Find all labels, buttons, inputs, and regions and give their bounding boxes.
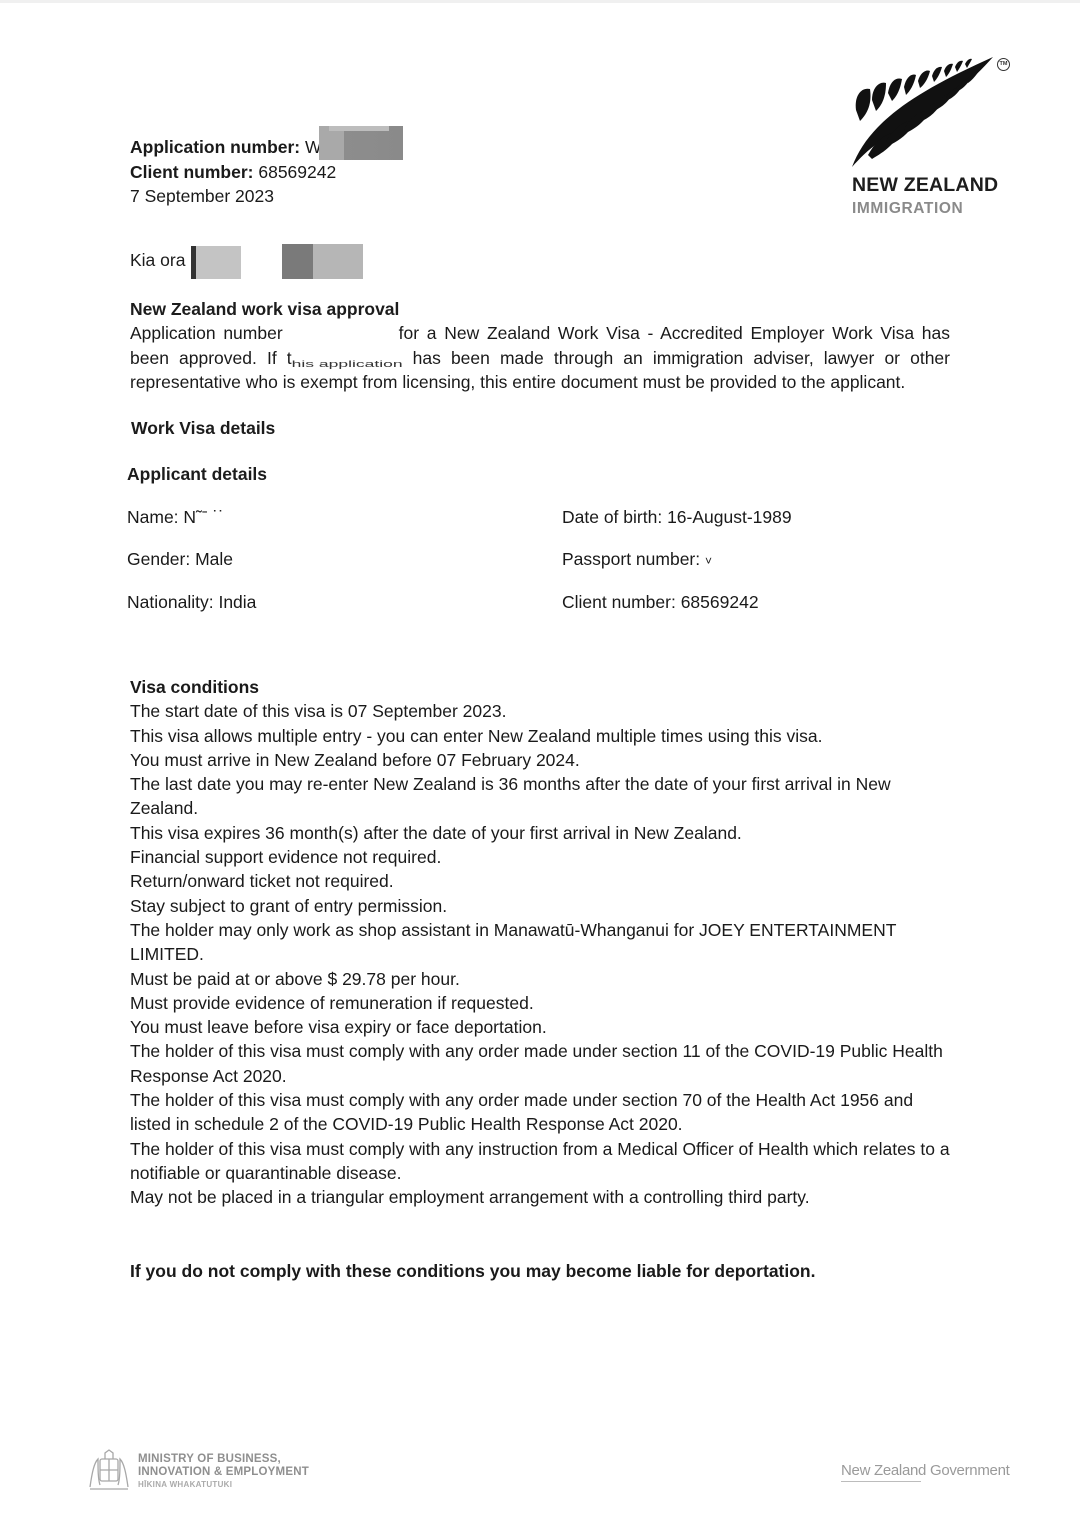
approval-paragraph: Application numberfor a New Zealand Work… [130,321,950,346]
visa-condition-item: The holder of this visa must comply with… [130,1088,950,1137]
deportation-warning: If you do not comply with these conditio… [130,1259,815,1283]
visa-condition-item: Financial support evidence not required. [130,845,950,869]
visa-condition-item: May not be placed in a triangular employ… [130,1185,950,1209]
approval-line3: representative who is exempt from licens… [130,370,950,395]
client-number-detail-value: 68569242 [681,592,759,612]
approval-line2-end: has been made through an immigration adv… [403,348,950,368]
approval-title: New Zealand work visa approval [130,297,950,321]
visa-condition-item: Return/onward ticket not required. [130,869,950,893]
mbie-line3: HĪKINA WHAKATUTUKI [138,1480,232,1489]
visa-condition-item: The last date you may re-enter New Zeala… [130,772,950,821]
logo-subtitle: IMMIGRATION [852,200,963,218]
applicant-passport: Passport number: ˅ [562,548,712,572]
application-number-row: Application number: W [130,135,336,160]
applicant-name: Name: N˜ˉ ˙˙ [127,506,224,528]
name-label: Name: [127,507,179,527]
redaction-first-name [191,246,241,279]
visa-conditions-list: The start date of this visa is 07 Septem… [130,699,950,1209]
mbie-line1: MINISTRY OF BUSINESS, [138,1453,281,1465]
visa-condition-item: This visa expires 36 month(s) after the … [130,821,950,845]
dob-label: Date of birth: [562,507,662,527]
client-number-row: Client number: 68569242 [130,160,336,185]
approval-line2: been approved. If this application has b… [130,346,950,371]
approval-line2-start: been approved. If t [130,348,292,368]
visa-condition-item: The start date of this visa is 07 Septem… [130,699,950,723]
visa-condition-item: The holder may only work as shop assista… [130,918,950,967]
client-number-detail-label: Client number: [562,592,676,612]
applicant-details-heading: Applicant details [127,462,267,486]
silver-fern-icon [848,55,998,170]
redaction-application-number [319,126,403,160]
visa-condition-item: Must be paid at or above $ 29.78 per hou… [130,967,950,991]
coat-of-arms-icon [86,1449,132,1493]
page-top-edge [0,0,1080,3]
greeting: Kia ora [130,248,185,272]
logo-brand: NEW ZEALAND [852,174,998,197]
work-visa-details-heading: Work Visa details [131,416,275,440]
visa-condition-item: You must leave before visa expiry or fac… [130,1015,950,1039]
nz-government-underline [841,1481,921,1482]
visa-condition-item: The holder of this visa must comply with… [130,1039,950,1088]
visa-approval-letter: Application number: W Client number: 685… [0,0,1080,1520]
client-number-label: Client number: [130,162,253,182]
approval-section: New Zealand work visa approval Applicati… [130,297,950,395]
client-number-value: 68569242 [258,162,336,182]
dob-value: 16-August-1989 [667,507,792,527]
mbie-line2: INNOVATION & EMPLOYMENT [138,1466,309,1478]
trademark-icon: TM [997,58,1010,71]
nationality-label: Nationality: [127,592,214,612]
nz-immigration-logo: TM NEW ZEALAND IMMIGRATION [848,55,1018,225]
gender-label: Gender: [127,549,190,569]
passport-label: Passport number: [562,549,700,569]
approval-line1-start: Application number [130,323,283,343]
visa-condition-item: You must arrive in New Zealand before 07… [130,748,950,772]
nz-government-logo: New Zealand Government [841,1462,1010,1479]
applicant-dob: Date of birth: 16-August-1989 [562,506,792,528]
applicant-nationality: Nationality: India [127,591,256,613]
name-value: N˜ˉ ˙˙ [183,507,224,527]
visa-condition-item: Stay subject to grant of entry permissio… [130,894,950,918]
approval-line2-obscured: his application [292,357,403,370]
visa-condition-item: This visa allows multiple entry - you ca… [130,724,950,748]
applicant-client-number: Client number: 68569242 [562,591,759,613]
visa-conditions-heading: Visa conditions [130,675,950,699]
letter-header: Application number: W Client number: 685… [130,135,336,209]
visa-conditions: Visa conditions The start date of this v… [130,675,950,1210]
visa-condition-item: Must provide evidence of remuneration if… [130,991,950,1015]
applicant-gender: Gender: Male [127,548,233,570]
letter-date: 7 September 2023 [130,184,336,209]
nz-government-text: New Zealand Government [841,1462,1010,1479]
nationality-value: India [218,592,256,612]
approval-line1-end: for a New Zealand Work Visa - Accredited… [399,323,950,343]
gender-value: Male [195,549,233,569]
redaction-application-number-edge [329,126,389,131]
visa-condition-item: The holder of this visa must comply with… [130,1137,950,1186]
passport-value: ˅ [705,554,712,568]
application-number-label: Application number: [130,137,300,157]
redaction-last-name [282,244,363,279]
